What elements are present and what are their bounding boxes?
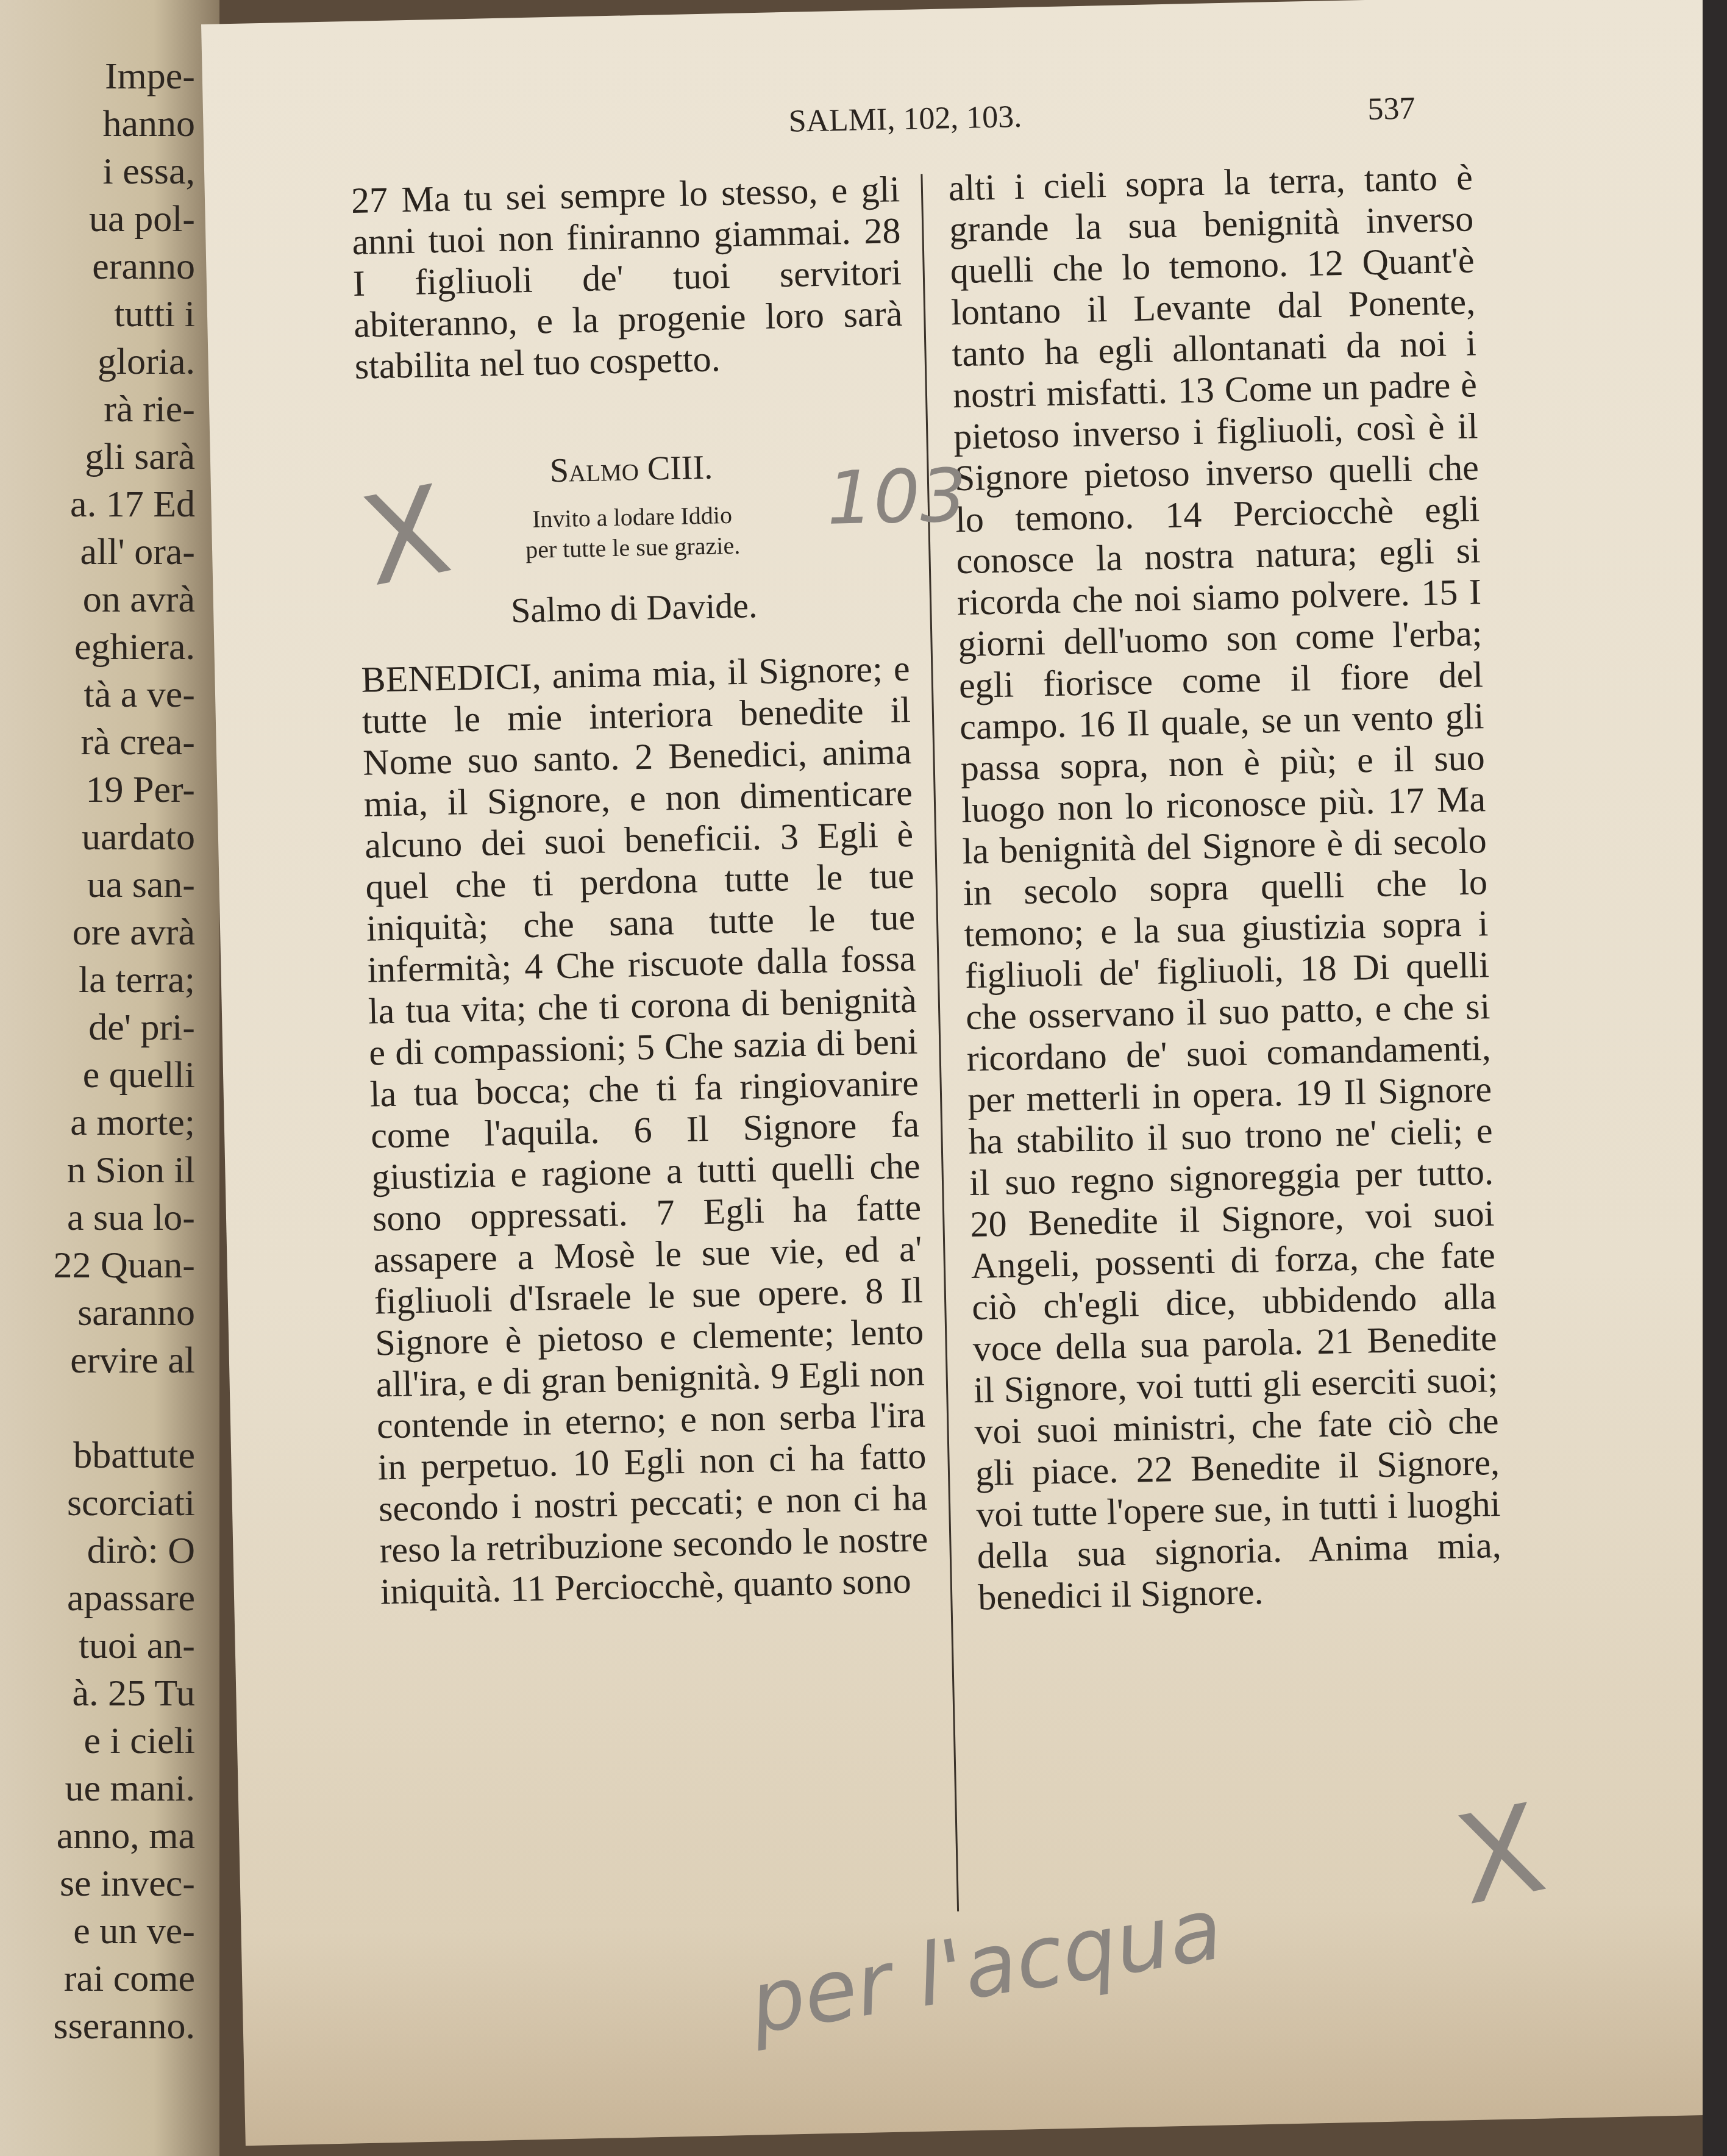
facing-page-line: scorciati [67,1482,195,1525]
book-binding [1703,0,1727,2156]
facing-page-line: saranno [77,1291,195,1335]
facing-page: Impe-hannoi essa,ua pol-erannotutti iglo… [0,0,219,2156]
facing-page-line: gloria. [98,340,195,384]
facing-page-line: e quelli [83,1054,195,1097]
handwritten-note: per l'acqua [743,1879,1229,2054]
facing-page-line: Impe- [105,55,195,98]
facing-page-line: ervire al [70,1339,195,1382]
facing-page-line: ore avrà [73,911,195,954]
facing-page-line: e un ve- [73,1910,195,1953]
facing-page-line: à. 25 Tu [72,1672,195,1715]
facing-page-line: dirò: O [87,1529,195,1572]
facing-page-line: ue mani. [65,1767,196,1810]
facing-page-line: eghiera. [74,626,195,669]
facing-page-line: 19 Per- [85,768,195,812]
facing-page-line: n Sion il [67,1149,195,1192]
left-column: 27 Ma tu sei sempre lo stesso, e gli ann… [351,168,929,1612]
facing-page-line: gli sarà [85,435,195,479]
facing-page-line: sseranno. [54,2005,195,2048]
facing-page-line: tutti i [114,293,195,336]
facing-page-line: ua san- [87,863,195,907]
facing-page-line: tà a ve- [84,673,195,716]
facing-page-line: hanno [102,102,195,146]
right-column: alti i cieli sopra la terra, tanto è gra… [948,156,1503,1618]
verse-text: 27 Ma tu sei sempre lo stesso, e gli ann… [351,168,903,387]
facing-page-line: se invec- [60,1862,195,1905]
facing-page-line: i essa, [102,150,195,193]
running-header: SALMI, 102, 103. 537 [203,89,1483,116]
handwritten-psalm-number: 103 [826,454,967,541]
facing-page-line: rai come [64,1957,195,2001]
book-page: SALMI, 102, 103. 537 27 Ma tu sei sempre… [201,0,1727,2146]
facing-page-line: eranno [92,245,195,288]
facing-page-line: ua pol- [89,198,195,241]
facing-page-line: anno, ma [57,1815,195,1858]
page-number: 537 [1367,90,1415,127]
facing-page-line: a morte; [70,1101,195,1144]
facing-page-line: bbattute [73,1434,195,1477]
facing-page-line: rà rie- [104,388,195,431]
facing-page-line: de' pri- [88,1006,195,1049]
verse-text: BENEDICI, anima mia, il Signore; e tutte… [361,648,930,1613]
facing-page-line: a sua lo- [67,1196,195,1240]
facing-page-line: on avrà [83,578,195,621]
facing-page-line: e i cieli [84,1719,195,1763]
facing-page-line: tuoi an- [79,1624,195,1668]
running-title: SALMI, 102, 103. [788,99,1022,140]
facing-page-line: uardato [82,816,195,859]
facing-page-line: 22 Quan- [54,1244,195,1287]
facing-page-line: la terra; [79,958,195,1002]
verse-text: alti i cieli sopra la terra, tanto è gra… [948,156,1503,1618]
facing-page-line: a. 17 Ed [70,483,195,526]
facing-page-line: all' ora- [80,530,195,574]
facing-page-line: apassare [67,1577,195,1620]
facing-page-line: rà crea- [80,721,195,764]
handwritten-x-mark-bottom: X [1446,1777,1556,1933]
